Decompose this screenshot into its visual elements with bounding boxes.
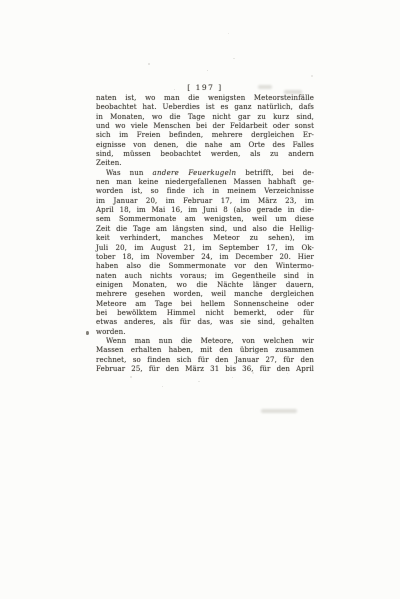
text-line: eignisse von denen, die nahe am Orte des…	[96, 141, 314, 150]
text-line: worden ist, so finde ich in meinem Verze…	[96, 187, 314, 196]
text-line: im Januar 20, im Februar 17, im März 23,…	[96, 197, 314, 206]
scanned-book-page: [ 197 ] naten ist, wo man die wenigsten …	[0, 0, 400, 599]
text-line: mehrere gesehen worden, weil manche derg…	[96, 290, 314, 299]
text-line: sich im Freien befinden, mehrere derglei…	[96, 131, 314, 140]
scan-speck	[174, 89, 175, 90]
scan-speck	[198, 381, 200, 382]
text-line: beobachtet hat. Ueberdies ist es ganz na…	[96, 103, 314, 112]
text-line: Meteore am Tage bei hellem Sonnenscheine…	[96, 300, 314, 309]
text-line: Zeiten.	[96, 159, 314, 168]
text-line: Zeit die Tage am längsten sind, und also…	[96, 225, 314, 234]
text-line: tober 18, im November 24, im December 20…	[96, 253, 314, 262]
text-line: naten auch nichts voraus; im Gegentheile…	[96, 272, 314, 281]
text-line: Was nun andere Feuerkugeln betrifft, bei…	[96, 169, 314, 178]
scan-speck	[130, 376, 132, 378]
text-line: einigen Monaten, wo die Nächte länger da…	[96, 281, 314, 290]
text-line: bei bewölktem Himmel nicht bemerkt, oder…	[96, 309, 314, 318]
body-text: naten ist, wo man die wenigsten Meteorst…	[96, 94, 314, 374]
ink-mark	[86, 331, 89, 335]
scan-speck	[233, 58, 235, 59]
scan-speck	[287, 373, 288, 374]
scan-speck	[162, 386, 163, 387]
scan-speck	[311, 75, 313, 77]
scan-speck	[228, 33, 229, 34]
text-line: keit verhindert, manches Meteor zu sehen…	[96, 234, 314, 243]
text-line: sem Sommermonate am wenigsten, weil um d…	[96, 215, 314, 224]
text-line: in Monaten, wo die Tage nicht gar zu kur…	[96, 113, 314, 122]
text-line: und wo viele Menschen bei der Feldarbeit…	[96, 122, 314, 131]
scan-speck	[232, 377, 233, 378]
scan-smudge	[258, 85, 272, 89]
text-line: naten ist, wo man die wenigsten Meteorst…	[96, 94, 314, 103]
text-line: Wenn man nun die Meteore, von welchen wi…	[96, 337, 314, 346]
text-line: rechnet, so finden sich für den Januar 2…	[96, 356, 314, 365]
scan-speck	[148, 63, 150, 65]
text-line: etwas anderes, als für das, was sie sind…	[96, 318, 314, 327]
text-line: Massen erhalten haben, mit den übrigen z…	[96, 346, 314, 355]
scan-smudge	[261, 409, 297, 413]
scan-speck	[207, 70, 208, 71]
text-line: sind, müssen beobachtet werden, als zu a…	[96, 150, 314, 159]
text-line: haben also die Sommermonate vor den Wint…	[96, 262, 314, 271]
scan-smudge	[284, 90, 302, 94]
scan-speck	[252, 372, 254, 374]
page-number: [ 197 ]	[96, 83, 314, 92]
text-line: Februar 25, für den März 31 bis 36, für …	[96, 365, 314, 374]
text-line: worden.	[96, 328, 314, 337]
text-line: Juli 20, im August 21, im September 17, …	[96, 244, 314, 253]
